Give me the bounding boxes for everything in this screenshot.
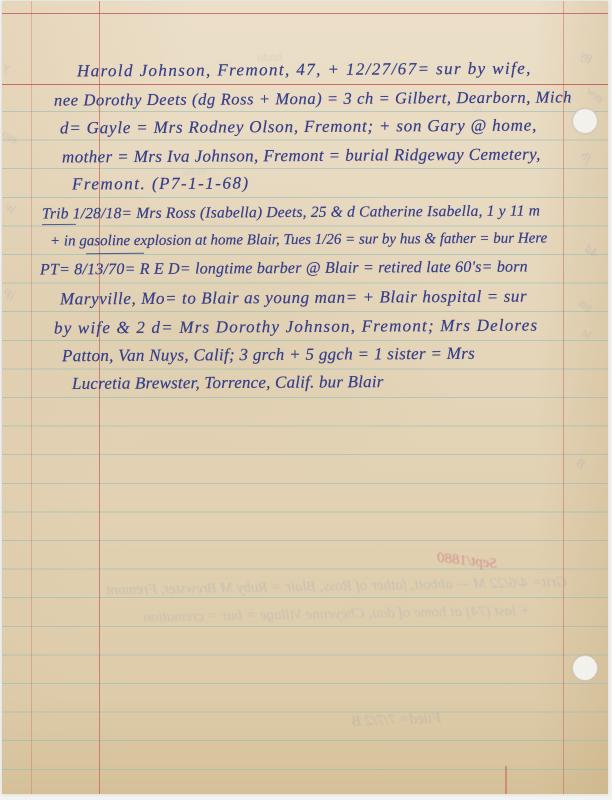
ink-underline-layer — [2, 1, 608, 794]
ink-underline — [86, 253, 144, 255]
paper-sheet: Grit= 4/6/22 M — abbott, father of Ross,… — [2, 1, 608, 794]
hole-punch-bottom — [572, 655, 598, 681]
ink-underline — [42, 224, 76, 226]
hole-punch-top — [572, 108, 598, 134]
scanned-document-screenshot: { "document_type": "handwritten genealog… — [0, 0, 612, 800]
